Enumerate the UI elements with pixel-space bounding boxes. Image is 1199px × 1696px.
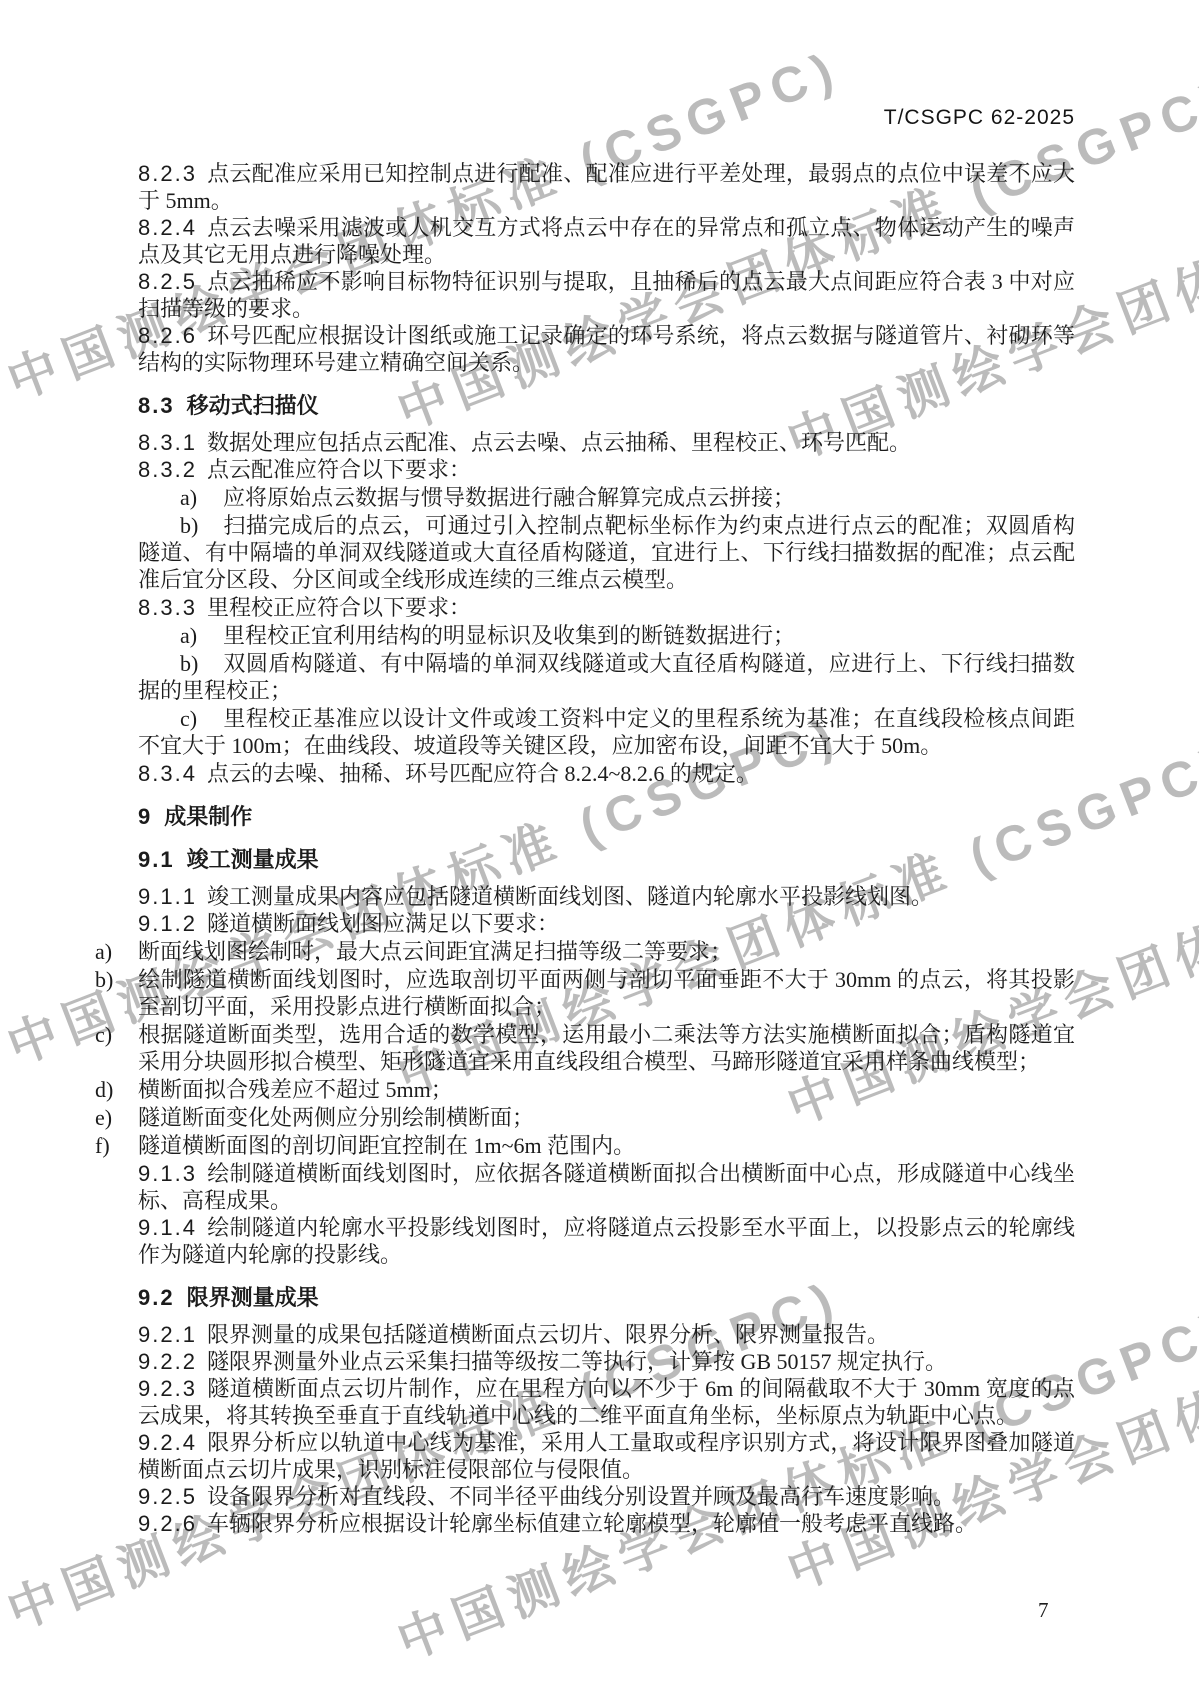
clause-number: 9.1.4 xyxy=(138,1215,197,1240)
list-item-a: a)断面线划图绘制时，最大点云间距宜满足扫描等级二等要求； xyxy=(138,938,1075,965)
list-text: 双圆盾构隧道、有中隔墙的单洞双线隧道或大直径盾构隧道，应进行上、下行线扫描数据的… xyxy=(138,651,1075,703)
clause-number: 9.2.4 xyxy=(138,1430,197,1455)
list-label: e) xyxy=(95,1104,138,1131)
clause-number: 9.2.5 xyxy=(138,1484,197,1509)
clause-text: 限界测量的成果包括隧道横断面点云切片、限界分析、限界测量报告。 xyxy=(207,1322,889,1347)
clause-number: 9.2.3 xyxy=(138,1376,197,1401)
list-item-b: b)扫描完成后的点云，可通过引入控制点靶标坐标作为约束点进行点云的配准；双圆盾构… xyxy=(138,512,1075,593)
list-label: c) xyxy=(95,1021,138,1048)
clause-text: 限界分析应以轨道中心线为基准，采用人工量取或程序识别方式，将设计限界图叠加隧道横… xyxy=(138,1430,1075,1482)
clause-number: 8.2.3 xyxy=(138,161,197,186)
list-label: d) xyxy=(95,1076,138,1103)
list-text: 里程校正基准应以设计文件或竣工资料中定义的里程系统为基准；在直线段检核点间距不宜… xyxy=(138,706,1075,758)
section-heading-9: 9成果制作 xyxy=(138,803,1075,830)
clause-number: 9.1.3 xyxy=(138,1161,197,1186)
heading-number: 8.3 xyxy=(138,393,175,418)
list-text: 应将原始点云数据与惯导数据进行融合解算完成点云拼接； xyxy=(223,485,795,510)
clause-number: 8.3.1 xyxy=(138,430,197,455)
clause-9.1.3: 9.1.3绘制隧道横断面线划图时，应依据各隧道横断面拟合出横断面中心点，形成隧道… xyxy=(138,1160,1075,1214)
list-text: 绘制隧道横断面线划图时，应选取剖切平面两侧与剖切平面垂距不大于 30mm 的点云… xyxy=(138,967,1075,1019)
clause-number: 8.2.5 xyxy=(138,269,197,294)
clause-8.3.3: 8.3.3里程校正应符合以下要求： xyxy=(138,594,1075,621)
clause-8.2.6: 8.2.6环号匹配应根据设计图纸或施工记录确定的环号系统，将点云数据与隧道管片、… xyxy=(138,322,1075,376)
clause-number: 8.3.4 xyxy=(138,761,197,786)
list-text: 断面线划图绘制时，最大点云间距宜满足扫描等级二等要求； xyxy=(138,939,732,964)
clause-text: 绘制隧道横断面线划图时，应依据各隧道横断面拟合出横断面中心点，形成隧道中心线坐标… xyxy=(138,1161,1075,1213)
clause-text: 点云抽稀应不影响目标物特征识别与提取，且抽稀后的点云最大点间距应符合表 3 中对… xyxy=(138,269,1075,321)
list-item-a: a)里程校正宜利用结构的明显标识及收集到的断链数据进行； xyxy=(138,622,1075,649)
clause-text: 数据处理应包括点云配准、点云去噪、点云抽稀、里程校正、环号匹配。 xyxy=(207,430,911,455)
clause-8.3.4: 8.3.4点云的去噪、抽稀、环号匹配应符合 8.2.4~8.2.6 的规定。 xyxy=(138,760,1075,787)
heading-title: 限界测量成果 xyxy=(187,1285,319,1310)
list-text: 隧道断面变化处两侧应分别绘制横断面； xyxy=(138,1105,534,1130)
clause-8.3.2: 8.3.2点云配准应符合以下要求： xyxy=(138,456,1075,483)
clause-text: 点云的去噪、抽稀、环号匹配应符合 8.2.4~8.2.6 的规定。 xyxy=(207,761,758,786)
heading-title: 成果制作 xyxy=(164,804,252,829)
clause-8.3.1: 8.3.1数据处理应包括点云配准、点云去噪、点云抽稀、里程校正、环号匹配。 xyxy=(138,429,1075,456)
clause-text: 环号匹配应根据设计图纸或施工记录确定的环号系统，将点云数据与隧道管片、衬砌环等结… xyxy=(138,323,1075,375)
heading-number: 9 xyxy=(138,804,152,829)
document-body: 8.2.3点云配准应采用已知控制点进行配准、配准应进行平差处理，最弱点的点位中误… xyxy=(138,160,1075,1537)
list-label: a) xyxy=(180,484,223,511)
clause-9.1.4: 9.1.4绘制隧道内轮廓水平投影线划图时，应将隧道点云投影至水平面上，以投影点云… xyxy=(138,1214,1075,1268)
clause-text: 竣工测量成果内容应包括隧道横断面线划图、隧道内轮廓水平投影线划图。 xyxy=(207,884,933,909)
heading-number: 9.2 xyxy=(138,1285,175,1310)
clause-9.2.2: 9.2.2隧限界测量外业点云采集扫描等级按二等执行，计算按 GB 50157 规… xyxy=(138,1348,1075,1375)
list-text: 根据隧道断面类型，选用合适的数学模型，运用最小二乘法等方法实施横断面拟合；盾构隧… xyxy=(138,1022,1075,1074)
section-heading-8.3: 8.3移动式扫描仪 xyxy=(138,392,1075,419)
page-number: 7 xyxy=(1038,1598,1049,1623)
clause-9.2.4: 9.2.4限界分析应以轨道中心线为基准，采用人工量取或程序识别方式，将设计限界图… xyxy=(138,1429,1075,1483)
clause-number: 8.3.2 xyxy=(138,457,197,482)
clause-text: 车辆限界分析应根据设计轮廓坐标值建立轮廓模型，轮廓值一般考虑平直线路。 xyxy=(207,1511,977,1536)
list-item-b: b)绘制隧道横断面线划图时，应选取剖切平面两侧与剖切平面垂距不大于 30mm 的… xyxy=(138,966,1075,1020)
list-label: b) xyxy=(180,650,223,677)
section-heading-9.1: 9.1竣工测量成果 xyxy=(138,846,1075,873)
clause-9.2.1: 9.2.1限界测量的成果包括隧道横断面点云切片、限界分析、限界测量报告。 xyxy=(138,1321,1075,1348)
list-label: a) xyxy=(95,938,138,965)
clause-9.2.5: 9.2.5设备限界分析对直线段、不同半径平曲线分别设置并顾及最高行车速度影响。 xyxy=(138,1483,1075,1510)
clause-9.2.3: 9.2.3隧道横断面点云切片制作，应在里程方向以不少于 6m 的间隔截取不大于 … xyxy=(138,1375,1075,1429)
clause-text: 点云配准应采用已知控制点进行配准、配准应进行平差处理，最弱点的点位中误差不应大于… xyxy=(138,161,1075,213)
list-item-b: b)双圆盾构隧道、有中隔墙的单洞双线隧道或大直径盾构隧道，应进行上、下行线扫描数… xyxy=(138,650,1075,704)
clause-9.2.6: 9.2.6车辆限界分析应根据设计轮廓坐标值建立轮廓模型，轮廓值一般考虑平直线路。 xyxy=(138,1510,1075,1537)
clause-number: 8.2.4 xyxy=(138,215,197,240)
heading-title: 移动式扫描仪 xyxy=(187,393,319,418)
clause-8.2.4: 8.2.4点云去噪采用滤波或人机交互方式将点云中存在的异常点和孤立点、物体运动产… xyxy=(138,214,1075,268)
list-item-f: f)隧道横断面图的剖切间距宜控制在 1m~6m 范围内。 xyxy=(138,1132,1075,1159)
section-heading-9.2: 9.2限界测量成果 xyxy=(138,1284,1075,1311)
list-text: 扫描完成后的点云，可通过引入控制点靶标坐标作为约束点进行点云的配准；双圆盾构隧道… xyxy=(138,513,1075,592)
clause-text: 隧道横断面线划图应满足以下要求： xyxy=(207,911,559,936)
list-item-c: c)根据隧道断面类型，选用合适的数学模型，运用最小二乘法等方法实施横断面拟合；盾… xyxy=(138,1021,1075,1075)
clause-text: 点云配准应符合以下要求： xyxy=(207,457,471,482)
clause-text: 隧限界测量外业点云采集扫描等级按二等执行，计算按 GB 50157 规定执行。 xyxy=(207,1349,947,1374)
clause-8.2.5: 8.2.5点云抽稀应不影响目标物特征识别与提取，且抽稀后的点云最大点间距应符合表… xyxy=(138,268,1075,322)
list-text: 里程校正宜利用结构的明显标识及收集到的断链数据进行； xyxy=(223,623,795,648)
clause-number: 9.2.1 xyxy=(138,1322,197,1347)
clause-number: 8.2.6 xyxy=(138,323,197,348)
clause-text: 点云去噪采用滤波或人机交互方式将点云中存在的异常点和孤立点、物体运动产生的噪声点… xyxy=(138,215,1075,267)
clause-text: 隧道横断面点云切片制作，应在里程方向以不少于 6m 的间隔截取不大于 30mm … xyxy=(138,1376,1075,1428)
clause-9.1.1: 9.1.1竣工测量成果内容应包括隧道横断面线划图、隧道内轮廓水平投影线划图。 xyxy=(138,883,1075,910)
clause-number: 9.2.2 xyxy=(138,1349,197,1374)
clause-9.1.2: 9.1.2隧道横断面线划图应满足以下要求： xyxy=(138,910,1075,937)
list-item-d: d)横断面拟合残差应不超过 5mm； xyxy=(138,1076,1075,1103)
list-text: 横断面拟合残差应不超过 5mm； xyxy=(138,1077,453,1102)
list-label: f) xyxy=(95,1132,138,1159)
list-label: b) xyxy=(95,966,138,993)
document-page: 中国测绘学会团体标准 (CSGPC)中国测绘学会团体标准 (CSGPC)中国测绘… xyxy=(0,0,1199,1696)
clause-number: 9.2.6 xyxy=(138,1511,197,1536)
clause-text: 设备限界分析对直线段、不同半径平曲线分别设置并顾及最高行车速度影响。 xyxy=(207,1484,955,1509)
heading-number: 9.1 xyxy=(138,847,175,872)
standard-number: T/CSGPC 62-2025 xyxy=(884,106,1075,130)
list-label: a) xyxy=(180,622,223,649)
list-text: 隧道横断面图的剖切间距宜控制在 1m~6m 范围内。 xyxy=(138,1133,635,1158)
list-label: b) xyxy=(180,512,223,539)
clause-text: 里程校正应符合以下要求： xyxy=(207,595,471,620)
list-item-e: e)隧道断面变化处两侧应分别绘制横断面； xyxy=(138,1104,1075,1131)
clause-8.2.3: 8.2.3点云配准应采用已知控制点进行配准、配准应进行平差处理，最弱点的点位中误… xyxy=(138,160,1075,214)
clause-number: 8.3.3 xyxy=(138,595,197,620)
clause-text: 绘制隧道内轮廓水平投影线划图时，应将隧道点云投影至水平面上，以投影点云的轮廓线作… xyxy=(138,1215,1075,1267)
list-label: c) xyxy=(180,705,223,732)
clause-number: 9.1.2 xyxy=(138,911,197,936)
clause-number: 9.1.1 xyxy=(138,884,197,909)
list-item-c: c)里程校正基准应以设计文件或竣工资料中定义的里程系统为基准；在直线段检核点间距… xyxy=(138,705,1075,759)
list-item-a: a)应将原始点云数据与惯导数据进行融合解算完成点云拼接； xyxy=(138,484,1075,511)
heading-title: 竣工测量成果 xyxy=(187,847,319,872)
